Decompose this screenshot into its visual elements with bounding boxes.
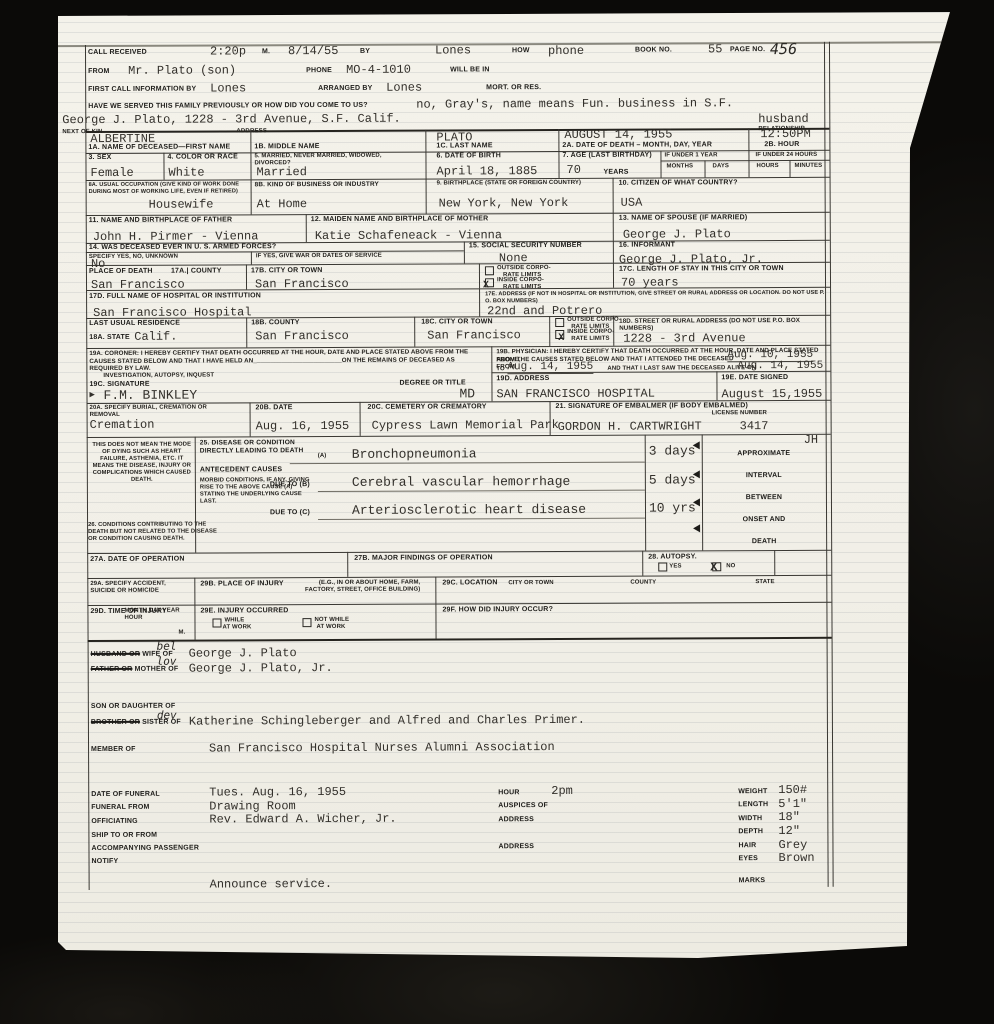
col-line xyxy=(558,129,559,151)
cause-b-value: Cerebral vascular hemorrhage xyxy=(352,474,571,490)
how-label: HOW xyxy=(512,47,530,54)
form-content: CALL RECEIVED 2:20p M. 8/14/55 BY Lones … xyxy=(58,8,954,958)
last-seen-value: Aug. 14, 1955 xyxy=(737,360,823,372)
book-no-label: BOOK NO. xyxy=(635,46,672,53)
antecedent-label: ANTECEDENT CAUSES xyxy=(200,466,282,473)
row-line xyxy=(87,550,831,554)
accompanying-passenger-label: ACCOMPANYING PASSENGER xyxy=(91,845,199,852)
residence-inside-x-mark: X xyxy=(558,333,564,344)
interval-marker-icon xyxy=(693,470,700,478)
funeral-hour-label: HOUR xyxy=(498,789,519,796)
col-line xyxy=(642,551,643,576)
under-24-hours-label: IF UNDER 24 HOURS xyxy=(755,152,817,159)
husband-value: George J. Plato xyxy=(189,646,297,660)
member-of-label: MEMBER OF xyxy=(91,746,136,753)
hospital-value: San Francisco Hospital xyxy=(93,305,251,320)
left-border xyxy=(85,45,90,890)
injury-location-label: 29C. LOCATION xyxy=(442,579,497,586)
disease-label-1: 25. DISEASE OR CONDITION xyxy=(200,439,295,446)
how-value: phone xyxy=(548,44,584,58)
col-line xyxy=(774,550,775,575)
mother-of-label: MOTHER OF xyxy=(135,666,179,673)
cemetery-value: Cypress Lawn Memorial Park xyxy=(372,418,559,433)
eyes-label: EYES xyxy=(739,855,759,862)
residence-label: LAST USUAL RESIDENCE xyxy=(89,320,180,327)
armed-forces-label: 14. WAS DECEASED EVER IN U. S. ARMED FOR… xyxy=(89,243,276,251)
hair-value: Grey xyxy=(778,838,807,852)
father-or-strike: FATHER OR xyxy=(91,666,133,673)
death-county-label: 17A.| COUNTY xyxy=(171,267,222,274)
injury-time-sub-label: MONTH DAY YEAR HOUR xyxy=(124,608,190,622)
interval-marker-icon xyxy=(693,524,700,532)
interval-word-4: ONSET AND xyxy=(702,516,826,524)
autopsy-no-x-mark: X xyxy=(710,560,717,574)
first-call-label: FIRST CALL INFORMATION BY xyxy=(88,86,196,93)
date-signed-value: August 15,1955 xyxy=(721,387,822,401)
days-label: DAYS xyxy=(712,163,729,170)
date-signed-label: 19E. DATE SIGNED xyxy=(721,374,788,381)
coroner-certify-text: 19A. CORONER: I HEREBY CERTIFY THAT DEAT… xyxy=(89,348,487,372)
citizen-label: 10. CITIZEN OF WHAT COUNTRY? xyxy=(619,179,738,187)
residence-inside-label-2: RATE LIMITS xyxy=(571,336,609,343)
autopsy-label: 28. AUTOPSY. xyxy=(648,553,697,560)
father-label: 11. NAME AND BIRTHPLACE OF FATHER xyxy=(89,216,233,224)
stay-value: 70 years xyxy=(621,275,679,289)
residence-state-label: 18A. STATE xyxy=(89,334,130,341)
brother-of-value: Katherine Schingleberger and Alfred and … xyxy=(189,713,585,729)
while-at-work-checkbox xyxy=(212,618,221,627)
col-line xyxy=(425,152,426,179)
width-label: WIDTH xyxy=(738,815,762,822)
length-label: LENGTH xyxy=(738,801,768,808)
col-line xyxy=(645,435,647,551)
col-line xyxy=(704,160,705,177)
middle-name-label: 1B. MIDDLE NAME xyxy=(254,143,319,150)
occupation-value: Housewife xyxy=(149,197,214,211)
autopsy-yes-checkbox xyxy=(658,563,667,572)
depth-value: 12" xyxy=(778,824,800,838)
spouse-label: 13. NAME OF SPOUSE (IF MARRIED) xyxy=(619,214,748,222)
cause-c-line xyxy=(318,518,645,520)
cause-c-value: Arteriosclerotic heart disease xyxy=(352,502,586,518)
sister-of-label: SISTER OF xyxy=(142,719,181,726)
col-line xyxy=(748,128,749,177)
physician-certify-text-3: AND THAT I LAST SAW THE DECEASED ALIVE O… xyxy=(607,365,756,373)
funeral-hour-value: 2pm xyxy=(551,784,573,798)
top-rule xyxy=(58,41,950,47)
citizen-value: USA xyxy=(621,196,643,210)
disease-label-2: DIRECTLY LEADING TO DEATH xyxy=(200,447,304,454)
signature-arrow-icon: ▶ xyxy=(89,390,94,400)
mother-value: Katie Schafeneack - Vienna xyxy=(315,228,502,243)
spouse-value: George J. Plato xyxy=(623,227,731,241)
residence-state-value: Calif. xyxy=(134,330,177,344)
call-received-value: 2:20p xyxy=(210,44,246,58)
length-value: 5'1" xyxy=(778,797,807,811)
attended-to-value: Aug. 14, 1955 xyxy=(507,361,593,374)
injury-m-label: M. xyxy=(179,630,186,637)
col-line xyxy=(194,578,195,640)
death-city-label: 17B. CITY OR TOWN xyxy=(251,267,323,274)
signature-value: F.M. BINKLEY xyxy=(103,388,197,403)
operation-date-label: 27A. DATE OF OPERATION xyxy=(90,556,184,563)
not-while-label-2: AT WORK xyxy=(316,624,345,631)
age-value: 70 xyxy=(566,163,580,177)
col-line xyxy=(306,214,307,242)
place-of-death-label: PLACE OF DEATH xyxy=(89,268,153,275)
injury-specify-label: 29A. SPECIFY ACCIDENT, SUICIDE OR HOMICI… xyxy=(90,581,190,595)
burial-value: Cremation xyxy=(90,418,155,432)
col-line xyxy=(613,241,614,263)
served-value: no, Gray's, name means Fun. business in … xyxy=(416,96,733,111)
first-name-label: 1A. NAME OF DECEASED—FIRST NAME xyxy=(88,143,230,151)
license-value: 3417 xyxy=(740,419,769,433)
birth-date-value: April 18, 1885 xyxy=(436,164,537,178)
from-value: Mr. Plato (son) xyxy=(128,63,236,77)
race-label: 4. COLOR OR RACE xyxy=(167,153,238,160)
funeral-date-label: DATE OF FUNERAL xyxy=(91,791,160,798)
by-value: Lones xyxy=(435,43,471,57)
cause-b-line xyxy=(318,490,645,492)
physician-address-value: SAN FRANCISCO HOSPITAL xyxy=(496,387,654,402)
weight-label: WEIGHT xyxy=(738,788,767,795)
hospital-label: 17D. FULL NAME OF HOSPITAL OR INSTITUTIO… xyxy=(89,292,261,300)
col-line xyxy=(250,152,251,179)
next-of-kin-value: George J. Plato, 1228 - 3rd Avenue, S.F.… xyxy=(62,112,401,127)
col-line xyxy=(716,371,717,400)
death-address-label: 17E. ADDRESS (IF NOT IN HOSPITAL OR INST… xyxy=(485,290,825,305)
col-line xyxy=(491,346,492,401)
interval-a-value: 3 days xyxy=(649,443,696,458)
father-value: John H. Pirmer - Vienna xyxy=(93,229,259,244)
autopsy-no-label: NO xyxy=(726,563,735,570)
contributing-label: 26. CONDITIONS CONTRIBUTING TO THE DEATH… xyxy=(88,521,218,543)
funeral-note-value: Announce service. xyxy=(210,877,332,892)
by-label: BY xyxy=(360,48,370,55)
col-line xyxy=(479,263,480,288)
marital-value: Married xyxy=(256,165,306,179)
husband-or-strike: HUSBAND OR xyxy=(91,651,140,658)
death-hour-value: 12:50PM xyxy=(760,127,810,141)
funeral-address-label: ADDRESS xyxy=(498,816,534,823)
occupation-label: 8A. USUAL OCCUPATION (GIVE KIND OF WORK … xyxy=(89,181,247,196)
col-line xyxy=(464,241,465,263)
notify-label: NOTIFY xyxy=(92,858,119,865)
months-label: MONTHS xyxy=(666,163,693,170)
residence-county-label: 18B. COUNTY xyxy=(251,319,300,326)
row-line xyxy=(87,434,831,438)
col-line xyxy=(414,317,415,347)
residence-street-value: 1228 - 3rd Avenue xyxy=(623,331,745,346)
col-line xyxy=(250,130,251,152)
arranged-by-value: Lones xyxy=(386,81,422,95)
not-while-at-work-checkbox xyxy=(302,618,311,627)
degree-label: DEGREE OR TITLE xyxy=(399,379,465,386)
col-line xyxy=(613,178,614,213)
cause-b-label: DUE TO (B) xyxy=(270,481,310,488)
right-border-outer xyxy=(824,42,829,887)
phone-value: MO-4-1010 xyxy=(346,63,411,77)
embalmer-label: 21. SIGNATURE OF EMBALMER (IF BODY EMBAL… xyxy=(556,402,749,410)
injury-place-label: 29B. PLACE OF INJURY xyxy=(200,580,284,587)
depth-label: DEPTH xyxy=(738,828,763,835)
row-line xyxy=(87,575,831,579)
ssn-label: 15. SOCIAL SECURITY NUMBER xyxy=(469,242,582,249)
disposition-date-label: 20B. DATE xyxy=(256,404,293,411)
mort-or-res-label: MORT. OR RES. xyxy=(486,84,541,91)
father-of-value: George J. Plato, Jr. xyxy=(189,661,333,676)
cause-note: THIS DOES NOT MEAN THE MODE OF DYING SUC… xyxy=(92,442,192,484)
injury-county-label: COUNTY xyxy=(630,580,656,587)
interval-marker-icon xyxy=(693,441,700,449)
cemetery-label: 20C. CEMETERY OR CREMATORY xyxy=(368,403,487,411)
injury-place-sub-label: (E.G., IN OR ABOUT HOME, FARM, FACTORY, … xyxy=(290,580,420,595)
sex-value: Female xyxy=(90,166,133,180)
row-line xyxy=(87,602,831,606)
residence-street-label: 18D. STREET OR RURAL ADDRESS (DO NOT USE… xyxy=(619,317,824,332)
ship-to-or-from-label: SHIP TO OR FROM xyxy=(91,832,157,839)
stay-label: 17C. LENGTH OF STAY IN THIS CITY OR TOWN xyxy=(619,265,784,273)
col-line xyxy=(425,130,426,152)
interval-word-2: INTERVAL xyxy=(702,472,826,480)
injury-city-label: CITY OR TOWN xyxy=(508,580,553,587)
col-line xyxy=(250,402,251,436)
degree-value: MD xyxy=(459,386,475,401)
col-line xyxy=(347,552,348,577)
funeral-from-label: FUNERAL FROM xyxy=(91,804,149,811)
page-no-value: 456 xyxy=(770,40,797,58)
residence-city-value: San Francisco xyxy=(427,328,521,342)
arranged-by-label: ARRANGED BY xyxy=(318,85,372,92)
call-received-label: CALL RECEIVED xyxy=(88,49,147,56)
business-label: 8B. KIND OF BUSINESS OR INDUSTRY xyxy=(255,181,379,189)
sex-label: 3. SEX xyxy=(88,154,111,161)
cause-a-value: Bronchopneumonia xyxy=(352,446,477,462)
residence-county-value: San Francisco xyxy=(255,329,349,343)
death-county-value: San Francisco xyxy=(91,278,185,292)
interval-word-3: BETWEEN xyxy=(702,494,826,502)
residence-outside-checkbox xyxy=(555,318,564,327)
book-no-value: 55 xyxy=(708,42,722,56)
hours-label: HOURS xyxy=(756,163,778,170)
autopsy-yes-label: YES xyxy=(669,563,681,570)
minutes-label: MINUTES xyxy=(794,163,822,170)
interval-word-1: APPROXIMATE xyxy=(702,450,826,458)
birthplace-value: New York, New York xyxy=(439,196,569,211)
col-line xyxy=(479,288,480,316)
war-service-label: IF YES, GIVE WAR OR DATES OF SERVICE xyxy=(256,253,382,261)
disposition-date-value: Aug. 16, 1955 xyxy=(256,419,350,433)
from-label: FROM xyxy=(88,68,109,75)
residence-city-label: 18C. CITY OR TOWN xyxy=(421,318,493,325)
cause-c-label: DUE TO (C) xyxy=(270,509,310,516)
last-name-label: 1C. LAST NAME xyxy=(436,142,492,149)
while-label-1: WHILE xyxy=(224,617,244,624)
injury-how-label: 29F. HOW DID INJURY OCCUR? xyxy=(442,606,553,613)
phone-label: PHONE xyxy=(306,67,332,74)
funeral-date-value: Tues. Aug. 16, 1955 xyxy=(209,785,346,800)
brother-or-strike: BROTHER OR xyxy=(91,719,140,726)
m-label: M. xyxy=(262,48,270,55)
col-line xyxy=(426,179,427,214)
officiating-value: Rev. Edward A. Wicher, Jr. xyxy=(209,812,396,827)
death-city-value: San Francisco xyxy=(255,277,349,291)
col-line xyxy=(558,151,559,178)
embalmer-value: GORDON H. CARTWRIGHT xyxy=(558,419,702,434)
interval-marker-icon xyxy=(693,498,700,506)
cause-a-line xyxy=(290,462,645,465)
informant-label: 16. INFORMANT xyxy=(619,241,675,248)
while-label-2: AT WORK xyxy=(222,624,251,631)
col-line xyxy=(660,151,661,178)
col-line xyxy=(246,317,247,347)
injury-state-label: STATE xyxy=(755,579,774,586)
col-line xyxy=(435,577,436,639)
grid-bottom-border xyxy=(88,637,832,642)
interval-word-5: DEATH xyxy=(702,538,826,546)
years-label: YEARS xyxy=(604,169,629,176)
mother-label: 12. MAIDEN NAME AND BIRTHPLACE OF MOTHER xyxy=(311,215,489,223)
member-of-value: San Francisco Hospital Nurses Alumni Ass… xyxy=(209,740,555,756)
col-line xyxy=(246,264,247,289)
injury-occurred-label: 29E. INJURY OCCURRED xyxy=(200,607,288,614)
served-label: HAVE WE SERVED THIS FAMILY PREVIOUSLY OR… xyxy=(88,102,368,110)
col-line xyxy=(163,153,164,180)
coroner-sub-label: INVESTIGATION, AUTOPSY, INQUEST xyxy=(103,372,214,379)
race-value: White xyxy=(168,166,204,180)
inside-limits-x-mark: X xyxy=(483,280,489,291)
interval-b-value: 5 days xyxy=(649,472,696,487)
auspices-label: AUSPICES OF xyxy=(498,802,548,809)
birthplace-label: 9. BIRTHPLACE (STATE OR FOREIGN COUNTRY) xyxy=(437,180,607,188)
funeral-address2-label: ADDRESS xyxy=(498,843,534,850)
page-no-label: PAGE NO. xyxy=(730,46,765,53)
first-call-value: Lones xyxy=(210,81,246,95)
call-date-value: 8/14/55 xyxy=(288,44,338,58)
burial-label: 20A. SPECIFY BURIAL, CREMATION OR REMOVA… xyxy=(90,404,220,419)
death-date-value: AUGUST 14, 1955 xyxy=(564,127,672,141)
width-value: 18" xyxy=(778,810,800,824)
marks-label: MARKS xyxy=(739,877,766,884)
interval-c-value: 10 yrs xyxy=(649,500,696,515)
ssn-value: None xyxy=(499,251,528,265)
right-border-inner xyxy=(829,42,834,887)
death-date-label: 2A. DATE OF DEATH – MONTH, DAY, YEAR xyxy=(562,141,712,149)
eyes-value: Brown xyxy=(778,851,814,865)
col-line xyxy=(251,179,252,214)
col-line xyxy=(613,263,614,288)
age-label: 7. AGE (LAST BIRTHDAY) xyxy=(562,152,651,159)
will-be-in-label: WILL BE IN xyxy=(450,66,490,73)
weight-value: 150# xyxy=(778,783,807,797)
officiating-label: OFFICIATING xyxy=(91,818,137,825)
operation-findings-label: 27B. MAJOR FINDINGS OF OPERATION xyxy=(354,554,493,562)
to-label: TO xyxy=(496,366,504,373)
hair-label: HAIR xyxy=(738,842,756,849)
license-label: LICENSE NUMBER xyxy=(712,410,767,417)
col-line xyxy=(789,160,790,177)
cause-a-label: (A) xyxy=(318,453,327,460)
physician-address-label: 19D. ADDRESS xyxy=(496,375,549,382)
death-hour-label: 2B. HOUR xyxy=(764,141,799,148)
col-line xyxy=(549,316,550,346)
col-line xyxy=(360,402,361,436)
age-grid-line xyxy=(660,160,829,162)
col-line xyxy=(613,213,614,241)
col-line xyxy=(251,251,252,264)
birth-date-label: 6. DATE OF BIRTH xyxy=(436,152,501,159)
jh-initials: JH xyxy=(804,433,818,447)
record-sheet: CALL RECEIVED 2:20p M. 8/14/55 BY Lones … xyxy=(58,12,950,958)
business-value: At Home xyxy=(257,197,307,211)
outside-limits-checkbox xyxy=(485,266,494,275)
relationship-value: husband xyxy=(758,112,808,126)
under-1-year-label: IF UNDER 1 YEAR xyxy=(664,152,717,159)
